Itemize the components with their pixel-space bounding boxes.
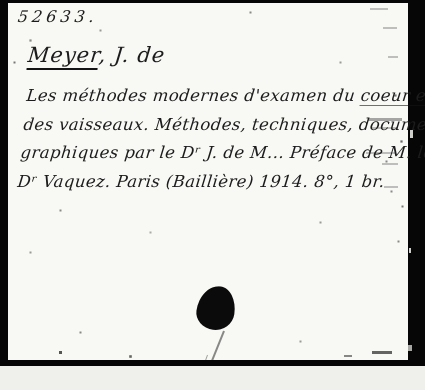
smudge-mark xyxy=(382,163,398,165)
smudge-mark xyxy=(372,127,398,129)
smudge-mark xyxy=(366,152,396,154)
smudge-mark xyxy=(344,355,352,357)
author-suffix: , J. de xyxy=(98,43,167,67)
smudge-mark xyxy=(370,8,388,10)
smudge-mark xyxy=(383,27,397,29)
body-line-1: Les méthodes modernes d'examen du coeur … xyxy=(25,82,425,111)
author-heading: Meyer, J. de xyxy=(27,43,167,67)
catalog-card: 52633. Meyer, J. de Les méthodes moderne… xyxy=(8,3,408,360)
card-body-text: Les méthodes modernes d'examen du coeur … xyxy=(16,82,425,196)
body-line-4: Dʳ Vaquez. Paris (Baillière) 1914. 8°, 1… xyxy=(16,168,419,197)
body-line-2: des vaisseaux. Méthodes, techniques, doc… xyxy=(22,111,425,140)
smudge-mark xyxy=(368,118,402,121)
edge-nick xyxy=(410,130,413,138)
body-line-3: graphiques par le Dʳ J. de M... Préface … xyxy=(19,139,422,168)
author-surname-underlined: Meyer xyxy=(26,43,100,70)
body-line-1-underlined-text: coeur et xyxy=(360,86,425,106)
scan-margin-below-card xyxy=(0,366,425,390)
smudge-mark xyxy=(384,186,398,188)
edge-nick xyxy=(408,345,412,351)
ink-blot xyxy=(194,284,238,333)
scan-noise-specks xyxy=(0,0,1,1)
scanned-catalog-card-photo: 52633. Meyer, J. de Les méthodes moderne… xyxy=(0,0,425,390)
edge-nick xyxy=(409,248,411,253)
body-line-1-text: Les méthodes modernes d'examen du xyxy=(26,86,362,105)
smudge-mark xyxy=(388,56,398,58)
call-number: 52633. xyxy=(17,7,100,26)
smudge-mark xyxy=(372,351,392,354)
